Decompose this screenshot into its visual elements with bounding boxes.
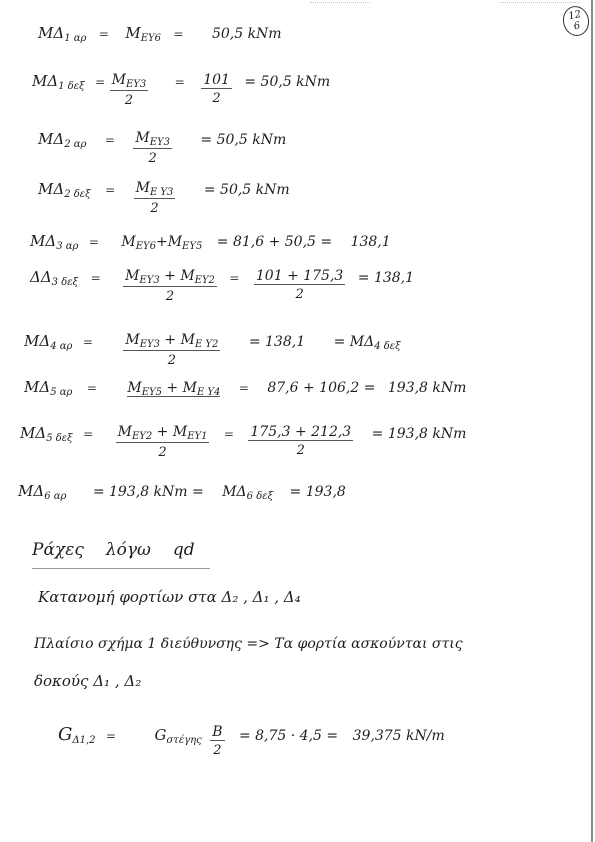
fraction: MΕΥ2 + MΕΥ12 <box>116 424 210 460</box>
scan-artifact <box>310 2 370 4</box>
fraction: MΕ Υ32 <box>134 180 176 216</box>
fraction: B2 <box>210 724 224 758</box>
load-distribution-text: Κατανομή φορτίων στα Δ₂ , Δ₁ , Δ₄ <box>38 588 301 606</box>
equation-m-delta5-right: MΔ5 δεξ = MΕΥ2 + MΕΥ12 = 175,3 + 212,32 … <box>20 424 466 460</box>
equation-delta3-right: ΔΔ3 δεξ = MΕΥ3 + MΕΥ22 = 101 + 175,32 = … <box>30 268 414 304</box>
fraction: MΕΥ32 <box>110 72 149 108</box>
fraction: MΕΥ32 <box>133 130 172 166</box>
equation-m-delta2-left: MΔ2 αρ = MΕΥ32 = 50,5 kNm <box>38 130 286 166</box>
fraction: 101 + 175,32 <box>254 268 345 302</box>
equation-m-delta5-left: MΔ5 αρ = MΕΥ5 + MΕ Υ4 = 87,6 + 106,2 = 1… <box>24 378 466 398</box>
scan-artifact <box>500 2 580 4</box>
fraction: MΕΥ3 + MΕΥ22 <box>123 268 217 304</box>
beams-text: δοκούς Δ₁ , Δ₂ <box>34 672 141 690</box>
equation-m-delta4-left: MΔ4 αρ = MΕΥ3 + MΕ Υ22 = 138,1 = MΔ4 δεξ <box>24 332 401 368</box>
page-number: 12 6 <box>560 4 592 39</box>
frame-direction-text: Πλαίσιο σχήμα 1 διεύθυνσης => Τα φορτία … <box>34 636 463 652</box>
scan-page-edge <box>591 0 593 842</box>
equation-m-delta6: MΔ6 αρ = 193,8 kNm = MΔ6 δεξ = 193,8 <box>18 482 346 502</box>
fraction: 1012 <box>201 72 232 106</box>
equation-m-delta1-right: MΔ1 δεξ = MΕΥ32 = 1012 = 50,5 kNm <box>32 72 330 108</box>
equation-m-delta2-right: MΔ2 δεξ = MΕ Υ32 = 50,5 kNm <box>38 180 290 216</box>
fraction: MΕΥ3 + MΕ Υ22 <box>123 332 220 368</box>
fraction: 175,3 + 212,32 <box>248 424 353 458</box>
equation-g-delta12: GΔ1,2 = Gστέγης B2 = 8,75 · 4,5 = 39,375… <box>58 724 445 758</box>
section-heading: Ράχεςλόγωqd <box>32 540 210 569</box>
equation-m-delta1-left: MΔ1 αρ = MΕΥ6 = 50,5 kNm <box>38 24 282 44</box>
equation-m-delta3-left: MΔ3 αρ = MΕΥ6+MΕΥ5 = 81,6 + 50,5 = 138,1 <box>30 232 391 252</box>
